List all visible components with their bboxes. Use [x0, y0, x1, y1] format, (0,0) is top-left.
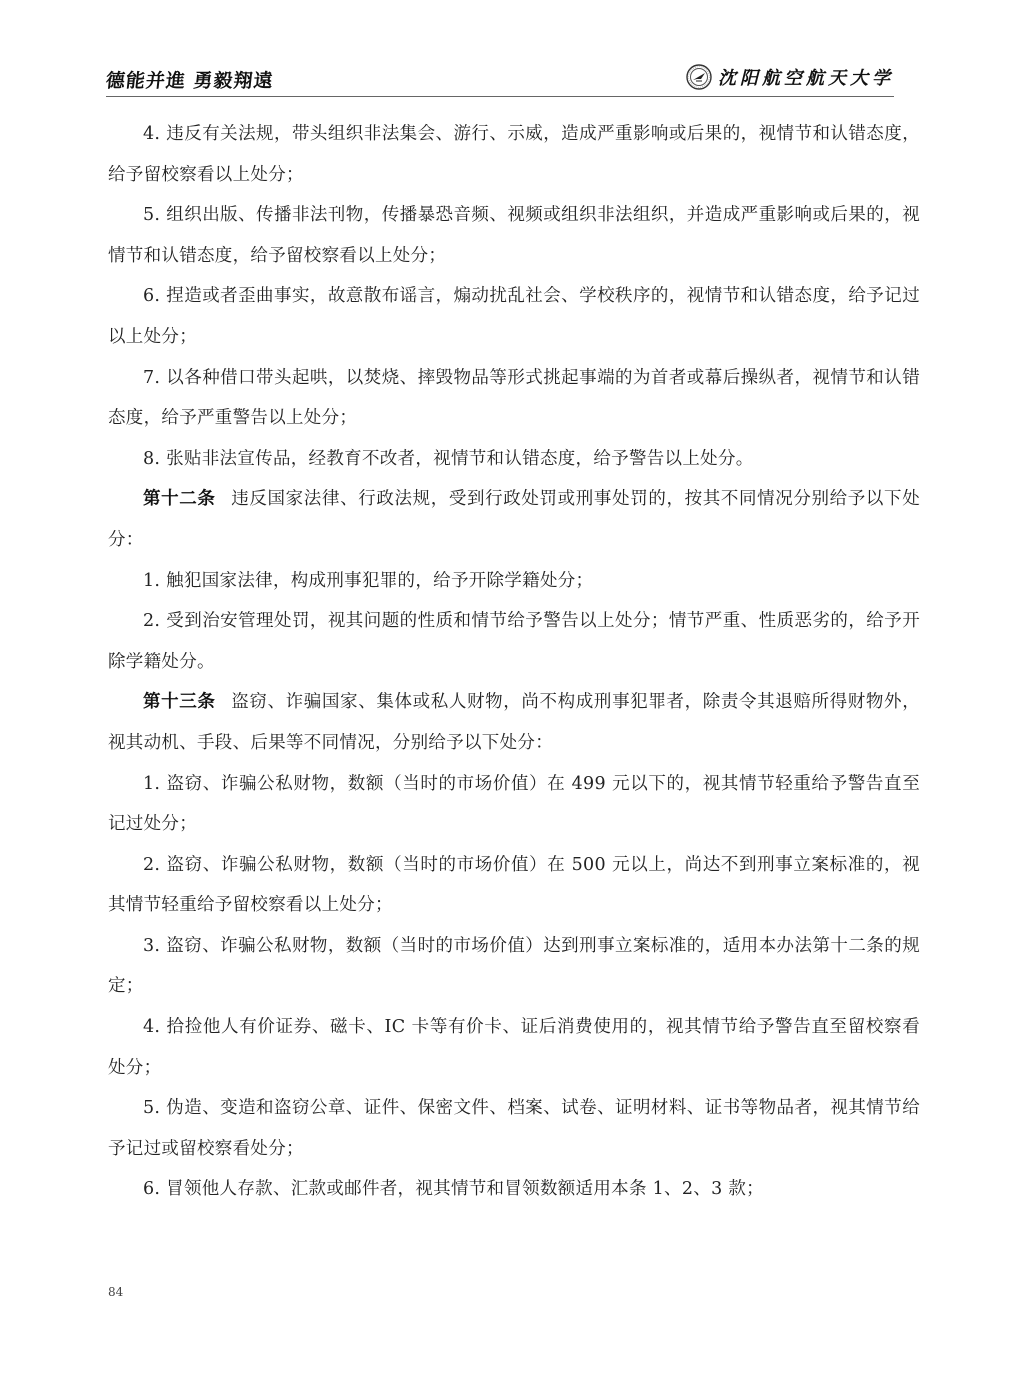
- clause-paragraph: 4. 拾捡他人有价证券、磁卡、IC 卡等有价卡、证后消费使用的，视其情节给予警告…: [108, 1007, 920, 1088]
- clause-paragraph: 1. 盗窃、诈骗公私财物，数额（当时的市场价值）在 499 元以下的，视其情节轻…: [108, 764, 920, 845]
- paragraph-text: 3. 盗窃、诈骗公私财物，数额（当时的市场价值）达到刑事立案标准的，适用本办法第…: [108, 936, 920, 997]
- clause-paragraph: 6. 捏造或者歪曲事实，故意散布谣言，煽动扰乱社会、学校秩序的，视情节和认错态度…: [108, 276, 920, 357]
- page-header: 德能并進 勇毅翔遠 沈阳航空航天大学: [106, 64, 894, 96]
- paragraph-text: 6. 捏造或者歪曲事实，故意散布谣言，煽动扰乱社会、学校秩序的，视情节和认错态度…: [108, 286, 920, 347]
- paragraph-text: 违反国家法律、行政法规，受到行政处罚或刑事处罚的，按其不同情况分别给予以下处分：: [108, 489, 920, 550]
- paragraph-text: 2. 盗窃、诈骗公私财物，数额（当时的市场价值）在 500 元以上，尚达不到刑事…: [108, 855, 920, 916]
- article-heading: 第十三条: [143, 692, 216, 712]
- paragraph-text: 2. 受到治安管理处罚，视其问题的性质和情节给予警告以上处分；情节严重、性质恶劣…: [108, 611, 920, 672]
- paragraph-text: 1. 盗窃、诈骗公私财物，数额（当时的市场价值）在 499 元以下的，视其情节轻…: [108, 774, 920, 835]
- paragraph-text: 7. 以各种借口带头起哄，以焚烧、摔毁物品等形式挑起事端的为首者或幕后操纵者，视…: [108, 368, 920, 429]
- header-motto: 德能并進 勇毅翔遠: [105, 66, 275, 93]
- article-paragraph: 第十二条违反国家法律、行政法规，受到行政处罚或刑事处罚的，按其不同情况分别给予以…: [108, 479, 920, 560]
- header-university-name: 沈阳航空航天大学: [718, 64, 894, 90]
- header-brand: 沈阳航空航天大学: [686, 64, 894, 90]
- paragraph-text: 4. 违反有关法规，带头组织非法集会、游行、示威，造成严重影响或后果的，视情节和…: [108, 124, 920, 185]
- clause-paragraph: 5. 组织出版、传播非法刊物，传播暴恐音频、视频或组织非法组织，并造成严重影响或…: [108, 195, 920, 276]
- clause-paragraph: 8. 张贴非法宣传品，经教育不改者，视情节和认错态度，给予警告以上处分。: [108, 439, 920, 480]
- article-paragraph: 第十三条盗窃、诈骗国家、集体或私人财物，尚不构成刑事犯罪者，除责令其退赔所得财物…: [108, 682, 920, 763]
- clause-paragraph: 4. 违反有关法规，带头组织非法集会、游行、示威，造成严重影响或后果的，视情节和…: [108, 114, 920, 195]
- paragraph-text: 5. 组织出版、传播非法刊物，传播暴恐音频、视频或组织非法组织，并造成严重影响或…: [108, 205, 920, 266]
- page-number: 84: [108, 1285, 123, 1299]
- clause-paragraph: 2. 盗窃、诈骗公私财物，数额（当时的市场价值）在 500 元以上，尚达不到刑事…: [108, 845, 920, 926]
- clause-paragraph: 7. 以各种借口带头起哄，以焚烧、摔毁物品等形式挑起事端的为首者或幕后操纵者，视…: [108, 358, 920, 439]
- paragraph-text: 8. 张贴非法宣传品，经教育不改者，视情节和认错态度，给予警告以上处分。: [143, 449, 754, 469]
- paragraph-text: 1. 触犯国家法律，构成刑事犯罪的，给予开除学籍处分；: [143, 571, 593, 591]
- clause-paragraph: 6. 冒领他人存款、汇款或邮件者，视其情节和冒领数额适用本条 1、2、3 款；: [108, 1169, 920, 1210]
- clause-paragraph: 3. 盗窃、诈骗公私财物，数额（当时的市场价值）达到刑事立案标准的，适用本办法第…: [108, 926, 920, 1007]
- paragraph-text: 6. 冒领他人存款、汇款或邮件者，视其情节和冒领数额适用本条 1、2、3 款；: [143, 1179, 764, 1199]
- clause-paragraph: 5. 伪造、变造和盗窃公章、证件、保密文件、档案、试卷、证明材料、证书等物品者，…: [108, 1088, 920, 1169]
- document-body: 4. 违反有关法规，带头组织非法集会、游行、示威，造成严重影响或后果的，视情节和…: [108, 114, 920, 1210]
- article-heading: 第十二条: [143, 489, 216, 509]
- header-divider: [106, 96, 894, 97]
- paragraph-text: 盗窃、诈骗国家、集体或私人财物，尚不构成刑事犯罪者，除责令其退赔所得财物外，视其…: [108, 692, 920, 753]
- clause-paragraph: 1. 触犯国家法律，构成刑事犯罪的，给予开除学籍处分；: [108, 561, 920, 602]
- university-emblem-icon: [686, 64, 712, 90]
- clause-paragraph: 2. 受到治安管理处罚，视其问题的性质和情节给予警告以上处分；情节严重、性质恶劣…: [108, 601, 920, 682]
- paragraph-text: 4. 拾捡他人有价证券、磁卡、IC 卡等有价卡、证后消费使用的，视其情节给予警告…: [108, 1017, 920, 1078]
- paragraph-text: 5. 伪造、变造和盗窃公章、证件、保密文件、档案、试卷、证明材料、证书等物品者，…: [108, 1098, 920, 1159]
